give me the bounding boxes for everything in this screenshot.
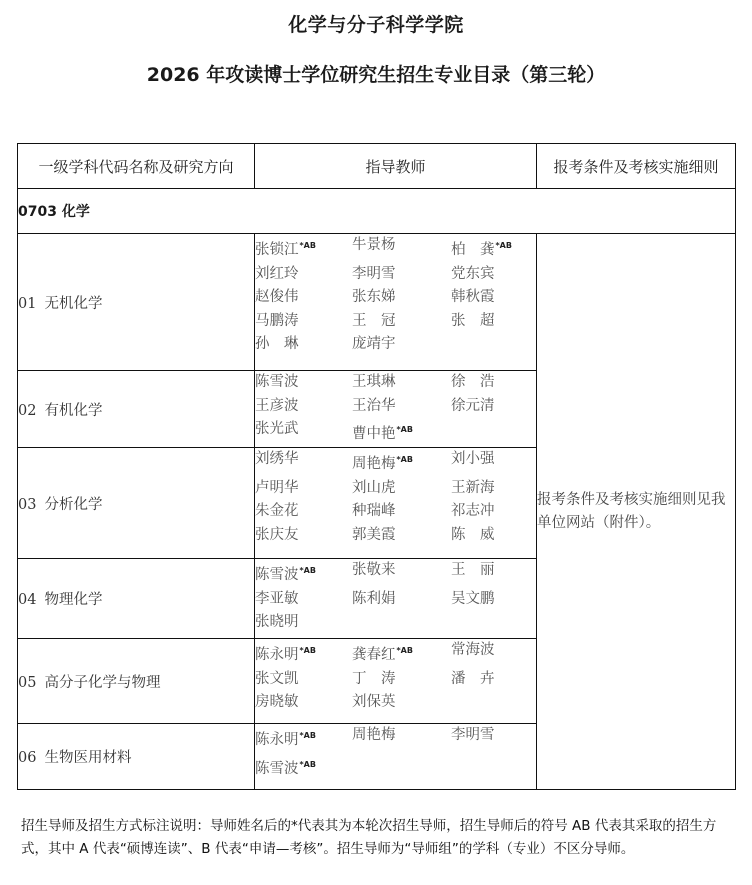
tutor-name-text: 张东娣: [352, 289, 396, 305]
tutor-name-text: 张文凯: [255, 671, 299, 687]
tutor-name: 张东娣: [352, 286, 451, 310]
tutor-name-text: 徐元清: [451, 398, 495, 414]
tutor-name: 王琪琳: [352, 371, 451, 395]
direction-code: 06: [18, 750, 36, 766]
research-direction: 06生物医用材料: [18, 724, 255, 790]
tutor-name-text: 陈雪波: [255, 374, 299, 390]
tutor-name: 张 超: [451, 310, 531, 334]
tutor-name: 徐元清: [451, 395, 531, 419]
tutor-name-text: 张晓明: [255, 614, 299, 630]
direction-row: 01无机化学张锁江*AB牛景杨柏 龚*AB刘红玲李明雪党东宾赵俊伟张东娣韩秋霞马…: [18, 234, 736, 371]
tutor-name-text: 陈雪波: [255, 567, 299, 583]
tutor-name-text: 刘小强: [451, 451, 495, 467]
tutor-name: 刘山虎: [352, 477, 451, 501]
tutor-name: 张光武: [255, 418, 352, 447]
tutor-name: 种瑞峰: [352, 500, 451, 524]
tutor-name-text: 马鹏涛: [255, 313, 299, 329]
tutor-name-text: 李亚敏: [255, 591, 299, 607]
tutor-name: 张文凯: [255, 668, 352, 692]
tutor-name: 韩秋霞: [451, 286, 531, 310]
tutor-list: 陈雪波*AB张敬来王 丽李亚敏陈利娟吴文鹏张晓明: [255, 559, 537, 639]
tutor-name: 吴文鹏: [451, 588, 531, 612]
direction-name: 物理化学: [44, 592, 102, 608]
table-header-row: 一级学科代码名称及研究方向 指导教师 报考条件及考核实施细则: [18, 144, 736, 189]
tutor-name-text: 陈雪波: [255, 761, 299, 777]
tutor-name-text: 周艳梅: [352, 727, 396, 743]
tutor-name-text: 王治华: [352, 398, 396, 414]
tutor-name: 刘保英: [352, 691, 451, 715]
tutor-name-text: 常海波: [451, 642, 495, 658]
column-header-direction: 一级学科代码名称及研究方向: [18, 144, 255, 189]
tutor-name: 刘绣华: [255, 448, 352, 477]
research-direction: 05高分子化学与物理: [18, 639, 255, 724]
tutor-list: 张锁江*AB牛景杨柏 龚*AB刘红玲李明雪党东宾赵俊伟张东娣韩秋霞马鹏涛王 冠张…: [255, 234, 537, 371]
direction-name: 有机化学: [44, 403, 102, 419]
tutor-name: 陈雪波*AB: [255, 559, 352, 588]
tutor-name: 陈永明*AB: [255, 724, 352, 753]
tutor-name-text: 祁志冲: [451, 503, 495, 519]
tutor-name-text: 张光武: [255, 421, 299, 437]
recruitment-mark: *AB: [300, 731, 316, 740]
tutor-name: 柏 龚*AB: [451, 234, 531, 263]
direction-code: 01: [18, 296, 36, 312]
tutor-name: 卢明华: [255, 477, 352, 501]
tutor-name: 李亚敏: [255, 588, 352, 612]
research-direction: 02有机化学: [18, 371, 255, 448]
catalog-title: 2026 年攻读博士学位研究生招生专业目录（第三轮）: [0, 60, 752, 87]
tutor-name: 刘小强: [451, 448, 531, 477]
tutor-name-text: 郭美霞: [352, 527, 396, 543]
tutor-name-text: 王 冠: [352, 313, 396, 329]
tutor-name-text: 党东宾: [451, 266, 495, 282]
tutor-name: 丁 涛: [352, 668, 451, 692]
tutor-name-text: 刘保英: [352, 694, 396, 710]
research-direction: 03分析化学: [18, 448, 255, 559]
tutor-list: 陈永明*AB龚春红*AB常海波张文凯丁 涛潘 卉房晓敏刘保英: [255, 639, 537, 724]
direction-code: 04: [18, 592, 36, 608]
tutor-name-text: 陈永明: [255, 647, 299, 663]
direction-name: 无机化学: [44, 296, 102, 312]
tutor-name: 王彦波: [255, 395, 352, 419]
column-header-tutors: 指导教师: [255, 144, 537, 189]
school-title: 化学与分子科学学院: [0, 10, 752, 37]
direction-code: 02: [18, 403, 36, 419]
recruitment-mark: *AB: [397, 455, 413, 464]
tutor-name: 王新海: [451, 477, 531, 501]
tutor-name-text: 朱金花: [255, 503, 299, 519]
tutor-name: 陈永明*AB: [255, 639, 352, 668]
recruitment-mark: *AB: [300, 566, 316, 575]
tutor-name-text: 房晓敏: [255, 694, 299, 710]
tutor-name-text: 王 丽: [451, 562, 495, 578]
tutor-name-text: 种瑞峰: [352, 503, 396, 519]
tutor-name-text: 柏 龚: [451, 242, 495, 258]
tutor-name: 周艳梅*AB: [352, 448, 451, 477]
tutor-name: 房晓敏: [255, 691, 352, 715]
tutor-name-text: 丁 涛: [352, 671, 396, 687]
recruitment-mark: *AB: [300, 760, 316, 769]
tutor-name: 朱金花: [255, 500, 352, 524]
direction-name: 生物医用材料: [44, 750, 131, 766]
tutor-name: 赵俊伟: [255, 286, 352, 310]
tutor-name-text: 陈 威: [451, 527, 495, 543]
direction-name: 分析化学: [44, 497, 102, 513]
tutor-name: 李明雪: [352, 263, 451, 287]
tutor-name-text: 张敬来: [352, 562, 396, 578]
requirements-note: 报考条件及考核实施细则见我单位网站（附件）。: [537, 234, 736, 790]
tutor-name: 王 丽: [451, 559, 531, 588]
tutor-name: 徐 浩: [451, 371, 531, 395]
discipline-label: 0703 化学: [18, 189, 736, 234]
tutor-name-text: 陈永明: [255, 732, 299, 748]
tutor-name: 陈 威: [451, 524, 531, 548]
direction-code: 03: [18, 497, 36, 513]
tutor-name-text: 王新海: [451, 480, 495, 496]
tutor-name-text: 龚春红: [352, 647, 396, 663]
tutor-name-text: 张锁江: [255, 242, 299, 258]
tutor-name-text: 李明雪: [352, 266, 396, 282]
tutor-name-text: 潘 卉: [451, 671, 495, 687]
tutor-name: 王 冠: [352, 310, 451, 334]
tutor-name-text: 刘绣华: [255, 451, 299, 467]
recruitment-mark: *AB: [300, 241, 316, 250]
tutor-name: 马鹏涛: [255, 310, 352, 334]
tutor-name: 张庆友: [255, 524, 352, 548]
tutor-name: 孙 琳: [255, 333, 352, 357]
tutor-name: 王治华: [352, 395, 451, 419]
tutor-name: 祁志冲: [451, 500, 531, 524]
tutor-name: 李明雪: [451, 724, 531, 753]
tutor-name: 牛景杨: [352, 234, 451, 263]
tutor-name-text: 韩秋霞: [451, 289, 495, 305]
tutor-name-text: 陈利娟: [352, 591, 396, 607]
tutor-list: 陈雪波王琪琳徐 浩王彦波王治华徐元清张光武曹中艳*AB: [255, 371, 537, 448]
recruitment-mark: *AB: [496, 241, 512, 250]
tutor-name-text: 张庆友: [255, 527, 299, 543]
tutor-name-text: 庞靖宇: [352, 336, 396, 352]
research-direction: 01无机化学: [18, 234, 255, 371]
tutor-name-text: 刘山虎: [352, 480, 396, 496]
tutor-name-text: 刘红玲: [255, 266, 299, 282]
tutor-name-text: 曹中艳: [352, 426, 396, 442]
direction-name: 高分子化学与物理: [44, 675, 160, 691]
tutor-name: 张晓明: [255, 611, 352, 635]
tutor-name: 陈雪波: [255, 371, 352, 395]
tutor-name: 郭美霞: [352, 524, 451, 548]
column-header-requirements: 报考条件及考核实施细则: [537, 144, 736, 189]
recruitment-mark: *AB: [397, 425, 413, 434]
tutor-name: 陈利娟: [352, 588, 451, 612]
footnote: 招生导师及招生方式标注说明：导师姓名后的*代表其为本轮次招生导师，招生导师后的符…: [21, 815, 733, 861]
tutor-name: 庞靖宇: [352, 333, 451, 357]
tutor-name-text: 李明雪: [451, 727, 495, 743]
catalog-table: 一级学科代码名称及研究方向 指导教师 报考条件及考核实施细则 0703 化学 0…: [17, 143, 736, 790]
tutor-name-text: 王琪琳: [352, 374, 396, 390]
tutor-name-text: 周艳梅: [352, 456, 396, 472]
tutor-name: 党东宾: [451, 263, 531, 287]
tutor-name-text: 吴文鹏: [451, 591, 495, 607]
tutor-name-text: 卢明华: [255, 480, 299, 496]
discipline-row: 0703 化学: [18, 189, 736, 234]
tutor-name: 刘红玲: [255, 263, 352, 287]
tutor-name: 张锁江*AB: [255, 234, 352, 263]
tutor-name-text: 赵俊伟: [255, 289, 299, 305]
tutor-list: 陈永明*AB周艳梅李明雪陈雪波*AB: [255, 724, 537, 790]
tutor-name: 龚春红*AB: [352, 639, 451, 668]
tutor-name-text: 孙 琳: [255, 336, 299, 352]
tutor-name-text: 王彦波: [255, 398, 299, 414]
tutor-name: 曹中艳*AB: [352, 418, 451, 447]
tutor-name: 张敬来: [352, 559, 451, 588]
direction-code: 05: [18, 675, 36, 691]
tutor-name-text: 张 超: [451, 313, 495, 329]
recruitment-mark: *AB: [397, 646, 413, 655]
tutor-name: 陈雪波*AB: [255, 753, 352, 782]
tutor-name-text: 徐 浩: [451, 374, 495, 390]
tutor-name: 常海波: [451, 639, 531, 668]
research-direction: 04物理化学: [18, 559, 255, 639]
tutor-name-text: 牛景杨: [352, 237, 396, 253]
recruitment-mark: *AB: [300, 646, 316, 655]
tutor-name: 潘 卉: [451, 668, 531, 692]
tutor-list: 刘绣华周艳梅*AB刘小强卢明华刘山虎王新海朱金花种瑞峰祁志冲张庆友郭美霞陈 威: [255, 448, 537, 559]
tutor-name: 周艳梅: [352, 724, 451, 753]
